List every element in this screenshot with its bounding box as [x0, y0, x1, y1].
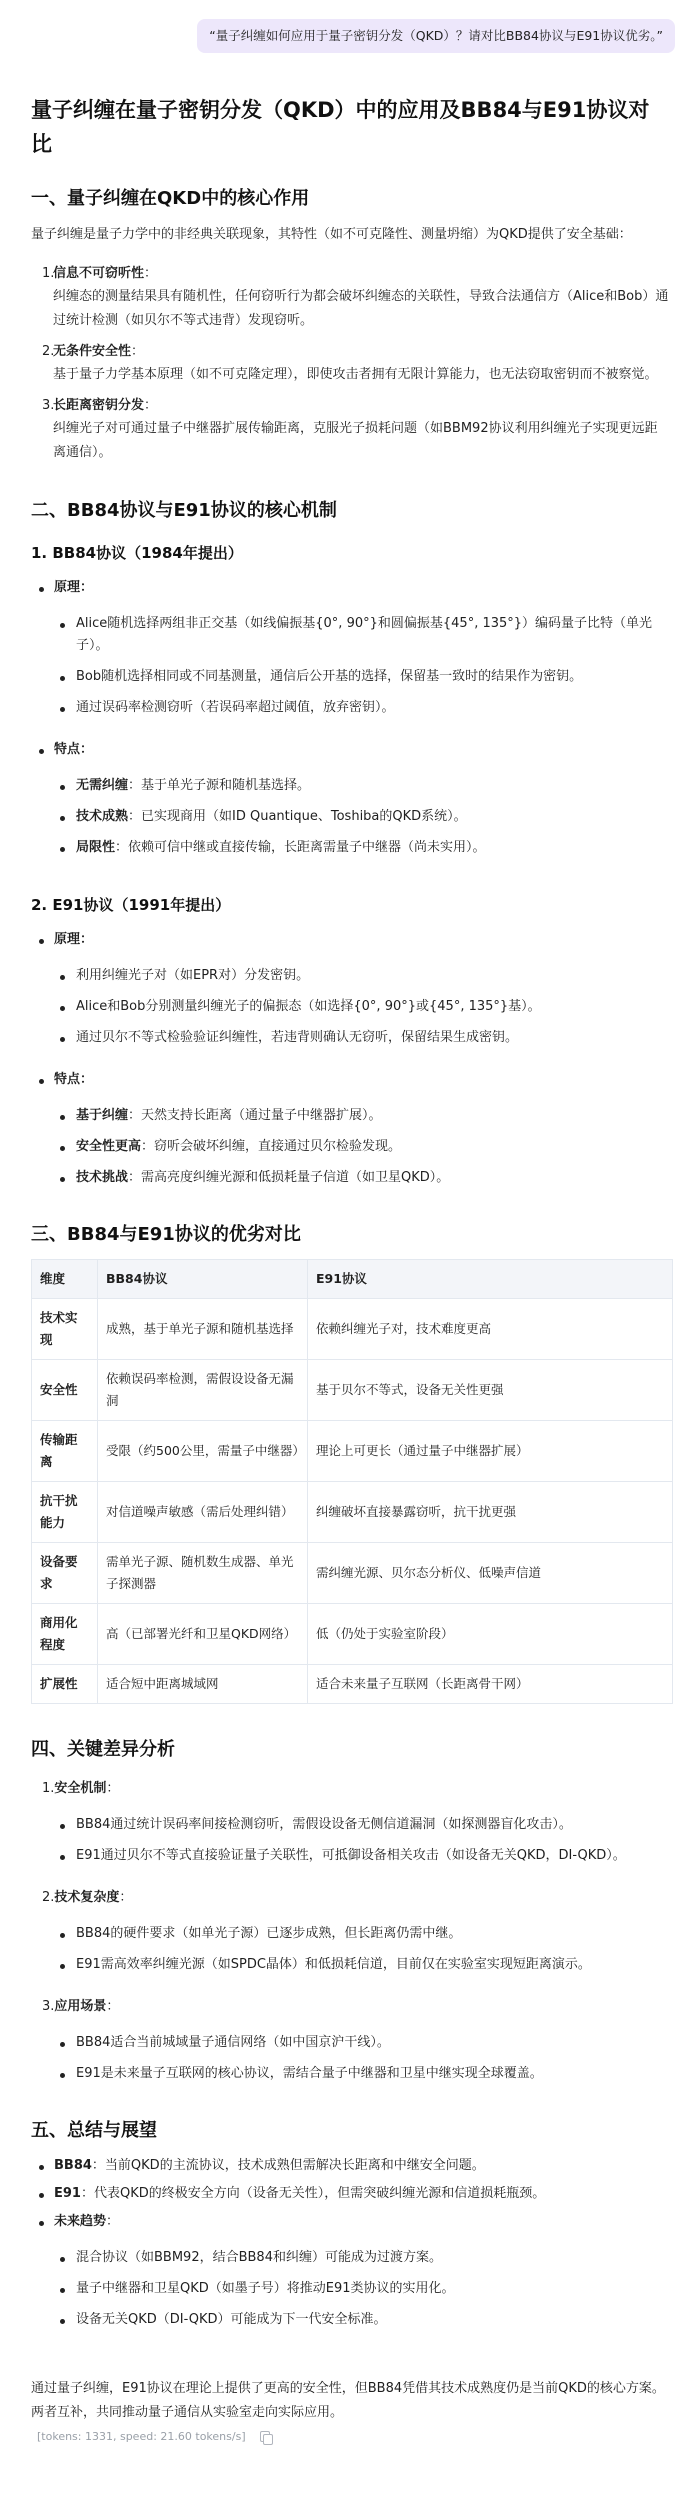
list-item: 1.信息不可窃听性： 纠缠态的测量结果具有随机性，任何窃听行为都会破坏纠缠态的关… [42, 263, 670, 333]
table-header: E91协议 [308, 1260, 673, 1299]
comparison-table: 维度 BB84协议 E91协议 技术实现 成熟，基于单光子源和随机基选择 依赖纠… [31, 1259, 673, 1704]
list-item: 无需纠缠：基于单光子源和随机基选择。 [31, 775, 670, 797]
section1-intro: 量子纠缠是量子力学中的非经典关联现象，其特性（如不可克隆性、测量坍缩）为QKD提… [31, 223, 670, 247]
list-item: 3.长距离密钥分发： 纠缠光子对可通过量子中继器扩展传输距离，克服光子损耗问题（… [42, 395, 670, 465]
e91-principle-label: 原理： [31, 929, 670, 951]
assistant-response: 量子纠缠在量子密钥分发（QKD）中的应用及BB84与E91协议对比 一、量子纠缠… [0, 93, 700, 2496]
list-item: BB84通过统计误码率间接检测窃听，需假设设备无侧信道漏洞（如探测器盲化攻击）。 [31, 1814, 670, 1836]
list-item: 2.无条件安全性： 基于量子力学基本原理（如不可克隆定理），即使攻击者拥有无限计… [42, 341, 670, 387]
bb84-features-list: 无需纠缠：基于单光子源和随机基选择。 技术成熟：已实现商用（如ID Quanti… [31, 775, 670, 859]
list-item: E91是未来量子互联网的核心协议，需结合量子中继器和卫星中继实现全球覆盖。 [31, 2063, 670, 2085]
bb84-heading: 1. BB84协议（1984年提出） [31, 541, 670, 565]
token-stats: [tokens: 1331, speed: 21.60 tokens/s] [37, 2428, 246, 2446]
table-header: BB84协议 [98, 1260, 308, 1299]
table-row: 设备要求 需单光子源、随机数生成器、单光子探测器 需纠缠光源、贝尔态分析仪、低噪… [32, 1543, 673, 1604]
e91-features-label: 特点： [31, 1069, 670, 1091]
list-item: 基于纠缠：天然支持长距离（通过量子中继器扩展）。 [31, 1105, 670, 1127]
list-item: 通过误码率检测窃听（若误码率超过阈值，放弃密钥）。 [31, 697, 670, 719]
table-header: 维度 [32, 1260, 98, 1299]
list-item: 设备无关QKD（DI-QKD）可能成为下一代安全标准。 [31, 2309, 670, 2331]
list-item: 量子中继器和卫星QKD（如墨子号）将推动E91类协议的实用化。 [31, 2278, 670, 2300]
bb84-principle-label: 原理： [31, 577, 670, 599]
section5-heading: 五、总结与展望 [31, 2117, 670, 2145]
trends-list: 混合协议（如BBM92，结合BB84和纠缠）可能成为过渡方案。 量子中继器和卫星… [31, 2247, 670, 2331]
list-group-heading: 2.技术复杂度： [42, 1887, 670, 1909]
list-item: E91通过贝尔不等式直接验证量子关联性，可抵御设备相关攻击（如设备无关QKD，D… [31, 1845, 670, 1867]
list-item: 技术成熟：已实现商用（如ID Quantique、Toshiba的QKD系统）。 [31, 806, 670, 828]
list-item-desc: 纠缠态的测量结果具有随机性，任何窃听行为都会破坏纠缠态的关联性，导致合法通信方（… [42, 285, 670, 333]
table-row: 安全性 依赖误码率检测，需假设设备无漏洞 基于贝尔不等式，设备无关性更强 [32, 1360, 673, 1421]
list-item: E91：代表QKD的终极安全方向（设备无关性），但需突破纠缠光源和信道损耗瓶颈。 [31, 2183, 670, 2205]
table-row: 技术实现 成熟，基于单光子源和随机基选择 依赖纠缠光子对，技术难度更高 [32, 1299, 673, 1360]
list-item-desc: 基于量子力学基本原理（如不可克隆定理），即使攻击者拥有无限计算能力，也无法窃取密… [42, 363, 670, 387]
list-item: BB84：当前QKD的主流协议，技术成熟但需解决长距离和中继安全问题。 [31, 2155, 670, 2177]
e91-principle-list: 利用纠缠光子对（如EPR对）分发密钥。 Alice和Bob分别测量纠缠光子的偏振… [31, 965, 670, 1049]
list-item-desc: 纠缠光子对可通过量子中继器扩展传输距离，克服光子损耗问题（如BBM92协议利用纠… [42, 417, 670, 465]
list-item: E91需高效率纠缠光源（如SPDC晶体）和低损耗信道，目前仅在实验室实现短距离演… [31, 1954, 670, 1976]
list-item: 混合协议（如BBM92，结合BB84和纠缠）可能成为过渡方案。 [31, 2247, 670, 2269]
list-group-heading: 3.应用场景： [42, 1996, 670, 2018]
list-item: BB84适合当前城域量子通信网络（如中国京沪干线）。 [31, 2032, 670, 2054]
list-item: 安全性更高：窃听会破坏纠缠，直接通过贝尔检验发现。 [31, 1136, 670, 1158]
table-row: 扩展性 适合短中距离城域网 适合未来量子互联网（长距离骨干网） [32, 1665, 673, 1704]
list-item: 局限性：依赖可信中继或直接传输，长距离需量子中继器（尚未实用）。 [31, 837, 670, 859]
table-row: 商用化程度 高（已部署光纤和卫星QKD网络） 低（仍处于实验室阶段） [32, 1604, 673, 1665]
list-item: 未来趋势： [31, 2211, 670, 2233]
section1-list: 1.信息不可窃听性： 纠缠态的测量结果具有随机性，任何窃听行为都会破坏纠缠态的关… [31, 263, 670, 465]
bb84-features-label: 特点： [31, 739, 670, 761]
list-group-heading: 1.安全机制： [42, 1778, 670, 1800]
list-item: Alice随机选择两组非正交基（如线偏振基{0°, 90°}和圆偏振基{45°,… [31, 613, 670, 657]
list-item: 利用纠缠光子对（如EPR对）分发密钥。 [31, 965, 670, 987]
user-message-bubble: “量子纠缠如何应用于量子密钥分发（QKD）？请对比BB84协议与E91协议优劣。… [197, 19, 675, 53]
section2-heading: 二、BB84协议与E91协议的核心机制 [31, 497, 670, 525]
table-row: 传输距离 受限（约500公里，需量子中继器） 理论上可更长（通过量子中继器扩展） [32, 1421, 673, 1482]
e91-heading: 2. E91协议（1991年提出） [31, 893, 670, 917]
list-item: BB84的硬件要求（如单光子源）已逐步成熟，但长距离仍需中继。 [31, 1923, 670, 1945]
table-row: 抗干扰能力 对信道噪声敏感（需后处理纠错） 纠缠破坏直接暴露窃听，抗干扰更强 [32, 1482, 673, 1543]
response-meta: [tokens: 1331, speed: 21.60 tokens/s] [31, 2428, 670, 2446]
table-header-row: 维度 BB84协议 E91协议 [32, 1260, 673, 1299]
list-item: Alice和Bob分别测量纠缠光子的偏振态（如选择{0°, 90°}或{45°,… [31, 996, 670, 1018]
section4-list: 1.安全机制： BB84通过统计误码率间接检测窃听，需假设设备无侧信道漏洞（如探… [31, 1778, 670, 2085]
section5-list: BB84：当前QKD的主流协议，技术成熟但需解决长距离和中继安全问题。 E91：… [31, 2155, 670, 2233]
copy-icon[interactable] [260, 2431, 272, 2443]
list-item: 技术挑战：需高亮度纠缠光源和低损耗量子信道（如卫星QKD）。 [31, 1167, 670, 1189]
section3-heading: 三、BB84与E91协议的优劣对比 [31, 1221, 670, 1249]
user-message-row: “量子纠缠如何应用于量子密钥分发（QKD）？请对比BB84协议与E91协议优劣。… [0, 0, 700, 53]
list-item: Bob随机选择相同或不同基测量，通信后公开基的选择，保留基一致时的结果作为密钥。 [31, 666, 670, 688]
section1-heading: 一、量子纠缠在QKD中的核心作用 [31, 185, 670, 213]
response-title: 量子纠缠在量子密钥分发（QKD）中的应用及BB84与E91协议对比 [31, 93, 670, 161]
e91-features-list: 基于纠缠：天然支持长距离（通过量子中继器扩展）。 安全性更高：窃听会破坏纠缠，直… [31, 1105, 670, 1189]
list-item: 通过贝尔不等式检验验证纠缠性，若违背则确认无窃听，保留结果生成密钥。 [31, 1027, 670, 1049]
conclusion-paragraph: 通过量子纠缠，E91协议在理论上提供了更高的安全性，但BB84凭借其技术成熟度仍… [31, 2377, 670, 2425]
section4-heading: 四、关键差异分析 [31, 1736, 670, 1764]
bb84-principle-list: Alice随机选择两组非正交基（如线偏振基{0°, 90°}和圆偏振基{45°,… [31, 613, 670, 719]
